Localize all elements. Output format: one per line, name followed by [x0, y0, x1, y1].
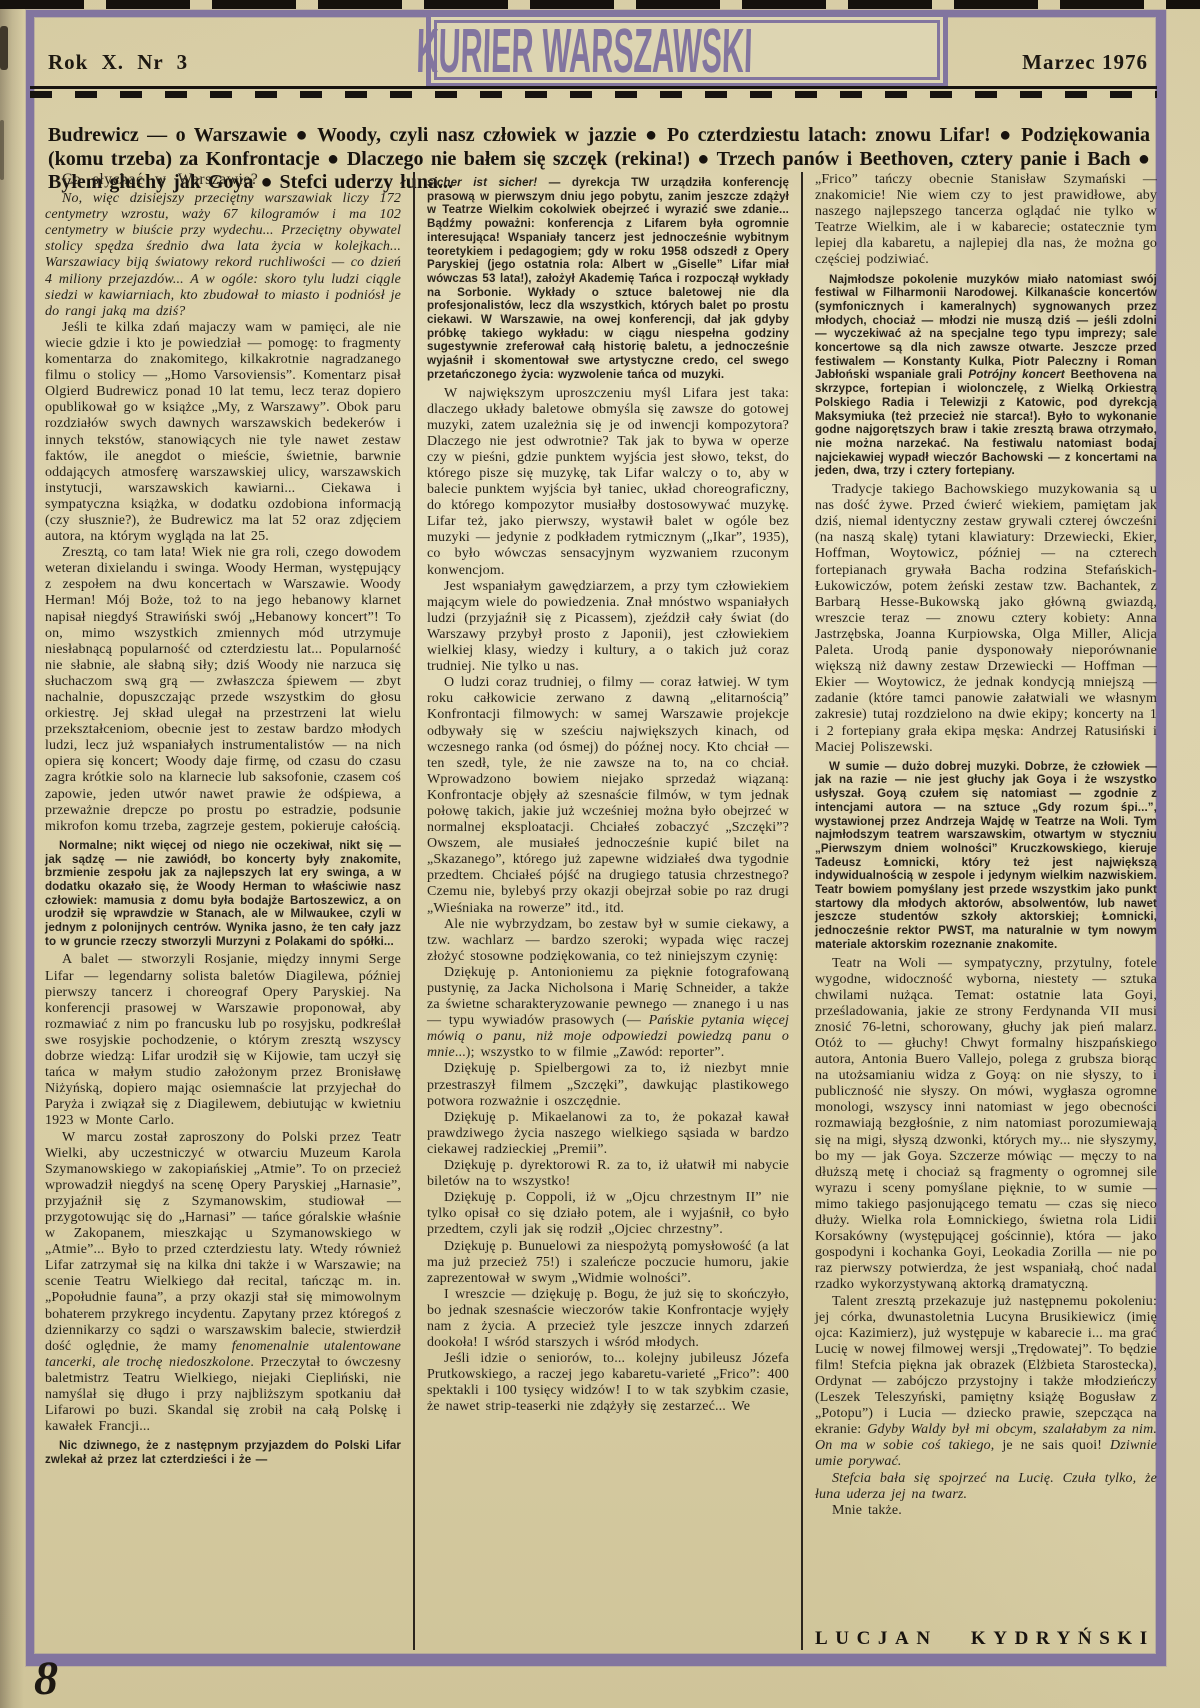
checkered-rule-dashes [30, 91, 1157, 98]
article-body: Co słychać w Warszawie?No, więc dzisiejs… [45, 172, 1157, 1650]
paragraph: W największym uproszczeniu myśl Lifara j… [427, 386, 789, 579]
paragraph: Zresztą, co tam lata! Wiek nie gra roli,… [45, 545, 401, 835]
svg-text:KURIER WARSZAWSKI: KURIER WARSZAWSKI [416, 17, 754, 86]
issue-label: Rok X. Nr 3 [48, 50, 188, 75]
paragraph: O ludzi coraz trudniej, o filmy — coraz … [427, 675, 789, 916]
paragraph: Dziękuję p. dyrektorowi R. za to, iż uła… [427, 1158, 789, 1190]
paragraph: Dziękuję p. Antonioniemu za pięknie foto… [427, 965, 789, 1062]
paragraph: Stefcia bała się spojrzeć na Lucię. Czuł… [815, 1471, 1157, 1503]
paragraph: Dziękuję p. Spielbergowi za to, iż niezb… [427, 1061, 789, 1109]
paragraph: Ale nie wybrzydzam, bo zestaw był w sumi… [427, 917, 789, 965]
article-column-2: sicher ist sicher! — dyrekcja TW urządzi… [415, 172, 803, 1650]
masthead-logo: KURIER WARSZAWSKI [412, 0, 757, 82]
paragraph: Dziękuję p. Mikaelanowi za to, że pokaza… [427, 1110, 789, 1158]
paragraph: Najmłodsze pokolenie muzyków miało natom… [815, 273, 1157, 479]
paragraph: W marcu został zaproszony do Polski prze… [45, 1130, 401, 1436]
paragraph: Mnie także. [815, 1503, 1157, 1519]
newspaper-page: { "header": { "masthead": "KURIER WARSZA… [0, 0, 1200, 1708]
paragraph: Tradycje takiego Bachowskiego muzykowani… [815, 482, 1157, 756]
paragraph: Normalne; nikt więcej od niego nie oczek… [45, 839, 401, 949]
paragraph: Co słychać w Warszawie? [45, 172, 401, 188]
paragraph: Jeśli idzie o seniorów, to... kolejny ju… [427, 1351, 789, 1415]
paragraph: Jeśli te kilka zdań majaczy wam w pamięc… [45, 320, 401, 545]
paragraph: I wreszcie — dziękuję p. Bogu, że już si… [427, 1287, 789, 1351]
paragraph: A balet — stworzyli Rosjanie, między inn… [45, 952, 401, 1129]
paragraph: Teatr na Woli — sympatyczny, przytulny, … [815, 956, 1157, 1294]
paragraph: „Frico” tańczy obecnie Stanisław Szymańs… [815, 172, 1157, 269]
scan-edge-shadow [0, 0, 24, 1708]
paragraph: Talent zresztą przekazuje już następnemu… [815, 1294, 1157, 1471]
paragraph: Dziękuję p. Bunuelowi za niespożytą pomy… [427, 1239, 789, 1287]
paragraph: Nic dziwnego, że z następnym przyjazdem … [45, 1439, 401, 1466]
article-column-1: Co słychać w Warszawie?No, więc dzisiejs… [45, 172, 415, 1650]
article-column-3: „Frico” tańczy obecnie Stanisław Szymańs… [803, 172, 1157, 1650]
scan-edge-mark [0, 26, 8, 70]
page-number: 8 [34, 1655, 58, 1703]
paragraph: W sumie — dużo dobrej muzyki. Dobrze, że… [815, 760, 1157, 952]
date-label: Marzec 1976 [1022, 50, 1148, 75]
checkered-rule [30, 86, 1157, 102]
paragraph: No, więc dzisiejszy przeciętny warszawia… [45, 191, 401, 320]
paragraph: Dziękuję p. Coppoli, iż w „Ojcu chrzestn… [427, 1190, 789, 1238]
paragraph: sicher ist sicher! — dyrekcja TW urządzi… [427, 176, 789, 382]
scan-edge-mark [0, 120, 4, 180]
author-signature: LUCJAN KYDRYŃSKI [815, 1618, 1157, 1650]
paragraph: Jest wspaniałym gawędziarzem, a przy tym… [427, 579, 789, 676]
